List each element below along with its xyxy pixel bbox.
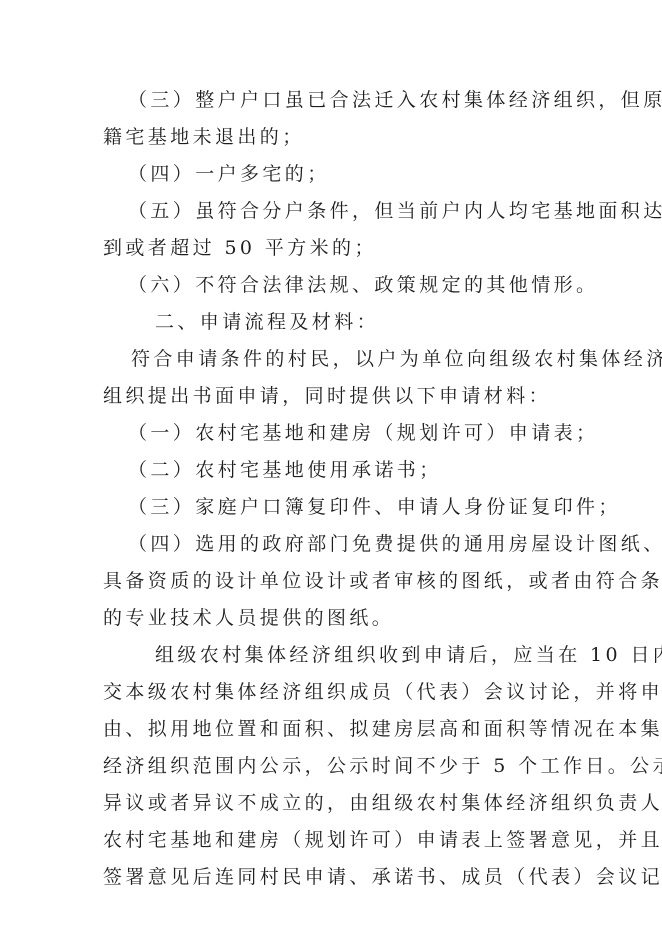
list-item-6: （六）不符合法律法规、政策规定的其他情形。	[128, 267, 598, 304]
paragraph-apply-line-2: 组织提出书面申请，同时提供以下申请材料：	[103, 378, 573, 415]
paragraph-review-line-5: 异议或者异议不成立的，由组级农村集体经济组织负责人在	[103, 785, 573, 822]
material-item-4-line-2: 具备资质的设计单位设计或者审核的图纸，或者由符合条件	[103, 563, 573, 600]
document-page: （三）整户户口虽已合法迁入农村集体经济组织，但原 籍宅基地未退出的； （四）一户…	[0, 0, 662, 936]
material-item-4-line-3: 的专业技术人员提供的图纸。	[103, 600, 573, 637]
paragraph-review-line-4: 经济组织范围内公示，公示时间不少于 5 个工作日。公示无	[103, 748, 573, 785]
paragraph-review-line-3: 由、拟用地位置和面积、拟建房层高和面积等情况在本集体	[103, 711, 573, 748]
list-item-3-line-2: 籍宅基地未退出的；	[103, 119, 573, 156]
material-item-4-line-1: （四）选用的政府部门免费提供的通用房屋设计图纸、	[128, 526, 598, 563]
material-item-1: （一）农村宅基地和建房（规划许可）申请表；	[128, 415, 598, 452]
paragraph-review-line-1: 组级农村集体经济组织收到申请后，应当在 10 日内提	[155, 637, 625, 674]
paragraph-review-line-6: 农村宅基地和建房（规划许可）申请表上签署意见，并且四邻	[103, 822, 573, 859]
paragraph-review-line-2: 交本级农村集体经济组织成员（代表）会议讨论，并将申请理	[103, 674, 573, 711]
list-item-5-line-2: 到或者超过 50 平方米的；	[103, 230, 573, 267]
paragraph-review-line-7: 签署意见后连同村民申请、承诺书、成员（代表）会议记录等	[103, 859, 573, 896]
paragraph-apply-line-1: 符合申请条件的村民，以户为单位向组级农村集体经济	[131, 341, 601, 378]
section-heading-2: 二、申请流程及材料：	[155, 304, 625, 341]
list-item-5-line-1: （五）虽符合分户条件，但当前户内人均宅基地面积达	[128, 193, 598, 230]
material-item-2: （二）农村宅基地使用承诺书；	[128, 452, 598, 489]
list-item-3-line-1: （三）整户户口虽已合法迁入农村集体经济组织，但原	[128, 82, 598, 119]
material-item-3: （三）家庭户口簿复印件、申请人身份证复印件；	[128, 489, 598, 526]
list-item-4: （四）一户多宅的；	[128, 156, 598, 193]
